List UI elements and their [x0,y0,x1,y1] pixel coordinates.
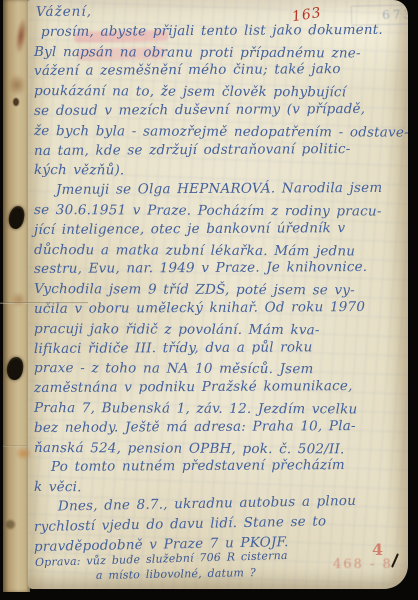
handwritten-line: bez nehody. Ještě má adresa: Praha 10, P… [34,416,402,438]
handwritten-line: se dosud v mezích duševní normy (v přípa… [34,100,402,122]
paper-stain [8,74,26,96]
paper-stain [13,98,19,106]
letter-page: 163 673 Vážení, prosím, abyste přijali t… [27,0,408,589]
archive-corner-stamp: 673 [351,4,408,25]
handwritten-line: jící inteligence, otec je bankovní úředn… [34,219,402,241]
handwritten-line: lifikaci řidiče III. třídy, dva a půl ro… [34,337,402,359]
salutation-line: Vážení, [34,1,402,23]
handwritten-line: zaměstnána v podniku Pražské komunikace, [34,377,402,399]
handwritten-line: sestru, Evu, nar. 1949 v Praze. Je kniho… [34,258,402,280]
handwritten-letter: Vážení, prosím, abyste přijali tento lis… [34,3,402,583]
paper-stain [15,447,32,460]
handwritten-line: na tam, kde se zdržují odstraňovaní poli… [34,139,402,161]
handwritten-line: prosím, abyste přijali tento list jako d… [34,21,402,43]
letter-paragraphs: prosím, abyste přijali tento list jako d… [34,23,402,558]
paragraph: prosím, abyste přijali tento list jako d… [34,23,402,181]
handwritten-line: učila v oboru umělecký knihař. Od roku 1… [34,298,402,320]
paragraph: Jmenuji se Olga HEPNAROVÁ. Narodila jsem… [34,181,402,458]
scanned-letter-page: 163 673 Vážení, prosím, abyste přijali t… [0,0,418,600]
paper-stain [11,292,26,307]
paper-stain [6,520,15,529]
archive-stamp-code: 468 - 8 [333,557,393,572]
handwritten-line: Jmenuji se Olga HEPNAROVÁ. Narodila jsem [34,179,402,201]
handwritten-line: Po tomto nutném představení přecházím [34,456,402,478]
handwritten-line: vážení a zesměšnění mého činu; také jako [34,60,402,82]
